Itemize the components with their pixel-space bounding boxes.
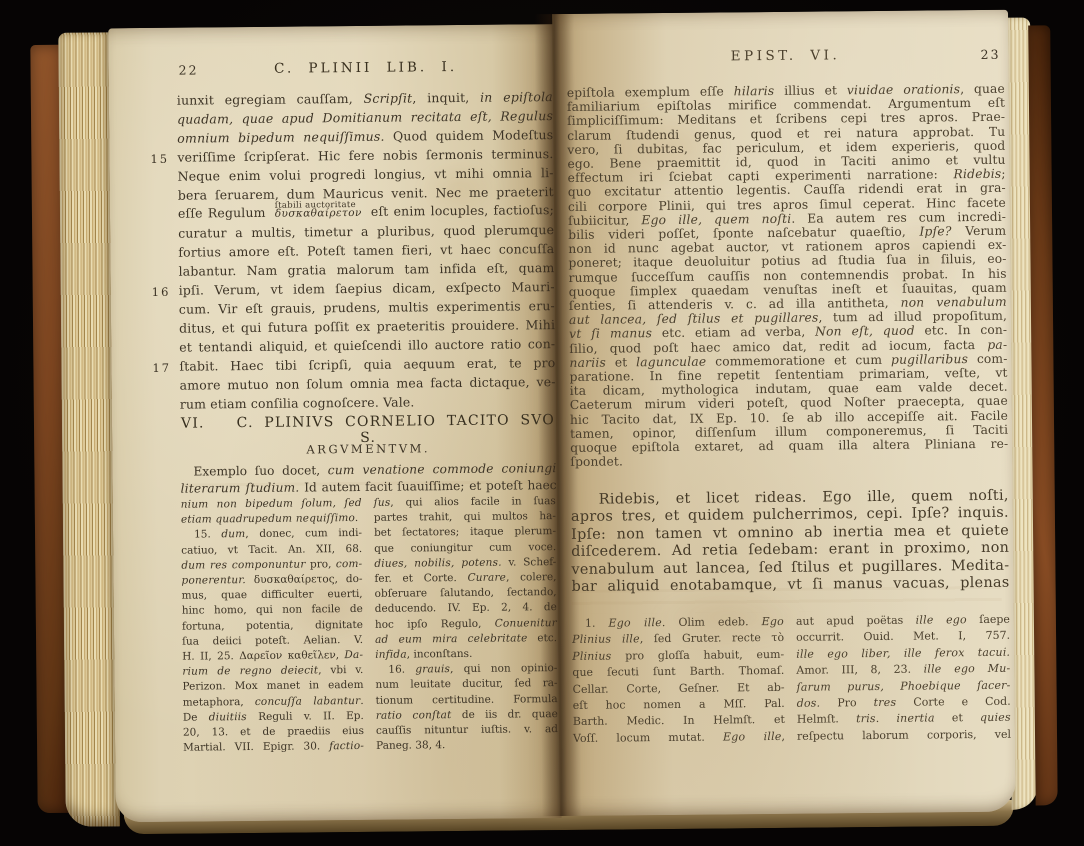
right-header: EPIST. VI. 23 [566,46,1004,68]
open-book: 22 C. PLINII LIB. I. iunxit egregiam cau… [0,0,1084,846]
left-header: 22 C. PLINII LIB. I. [179,58,553,80]
letter-text-block: Ridebis, et licet rideas. Ego ille, quem… [571,488,1010,597]
running-title: C. PLINII LIB. I. [179,58,553,78]
page-number: 23 [981,47,1001,62]
main-text-block: iunxit egregiam cauſſam, Scripſit, inqui… [177,88,556,414]
page-right: EPIST. VI. 23 epiſtola exemplum eſſe hil… [552,10,1016,816]
photo-background: 22 C. PLINII LIB. I. iunxit egregiam cau… [0,0,1084,846]
footnotes-right-column: ſus, qui alios facile in ſuaspartes trah… [374,494,558,754]
argumentum-text: Exemplo ſuo docet, cum venatione commode… [180,460,556,498]
running-title: EPIST. VI. [566,46,1004,66]
footnotes-left-column: 1. Ego ille. Olim edeb. EgoPlinius ille,… [572,614,785,747]
footnotes-right-column: aut apud poëtas ille ego ſaepeoccurrit. … [796,612,1011,745]
page-left: 22 C. PLINII LIB. I. iunxit egregiam cau… [108,24,562,822]
argumentum-title: ARGVMENTVM. [180,440,556,458]
footnotes-left-column: nium non bipedum ſolum, ſedetiam quadrup… [181,496,364,756]
commentary-text-block: epiſtola exemplum eſſe hilaris illius et… [567,82,1009,470]
